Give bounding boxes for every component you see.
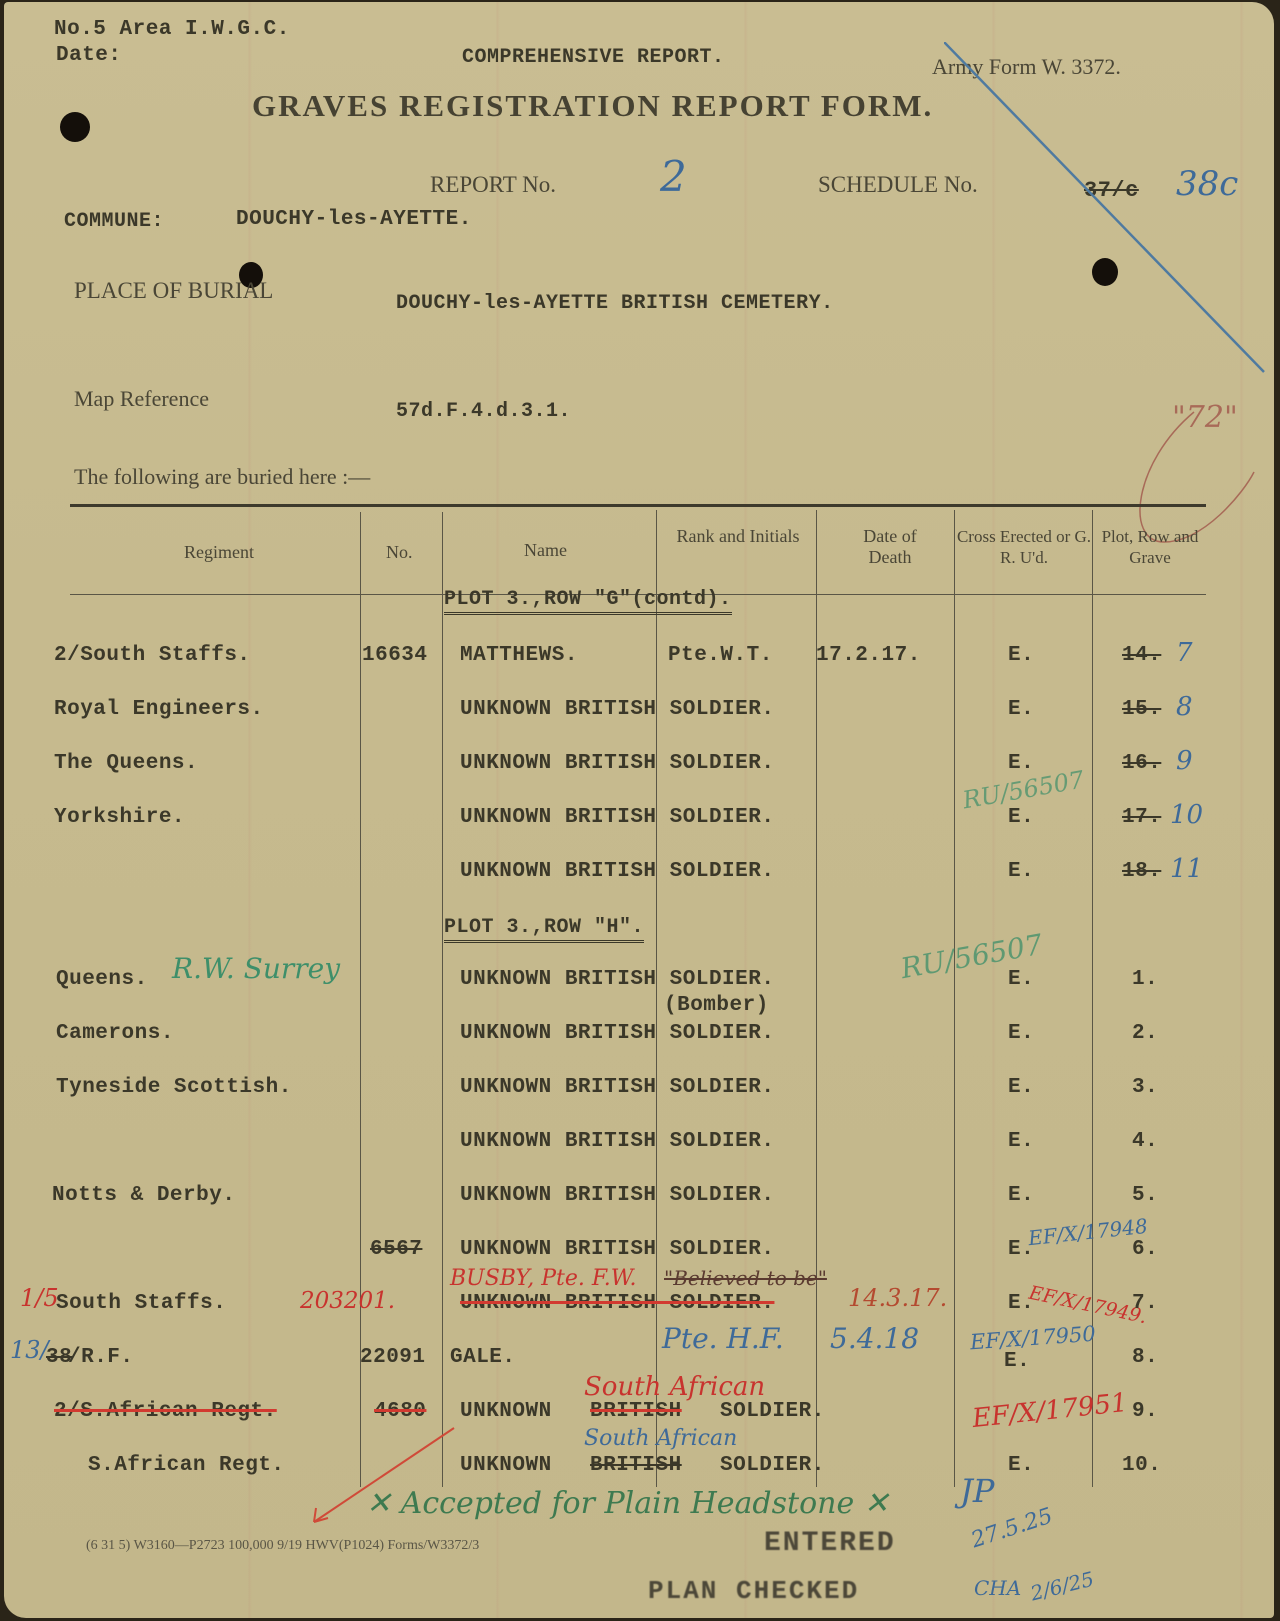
cell-cross-note: EF/X/17948: [1027, 1214, 1149, 1250]
cell-no: 16634: [362, 644, 428, 667]
report-no-label: REPORT No.: [430, 172, 556, 198]
cell-grave-new: 7: [1176, 638, 1193, 668]
cell-date-hand: 5.4.18: [830, 1322, 919, 1355]
cell-name: UNKNOWN BRITISH SOLDIER.: [460, 968, 774, 991]
col-divider: [656, 510, 657, 1487]
cell-name-part: SOLDIER.: [720, 1400, 825, 1423]
checker-initials: CHA: [974, 1576, 1021, 1600]
cell-name-part: UNKNOWN: [460, 1400, 552, 1423]
cell-grave-new: 8: [1176, 692, 1193, 722]
cell-name: UNKNOWN BRITISH SOLDIER.: [460, 752, 774, 775]
commune-label: COMMUNE:: [64, 210, 164, 233]
cell-regiment: 2/South Staffs.: [54, 644, 251, 667]
cell-rank-hand: Pte. H.F.: [662, 1322, 784, 1355]
table-top-rule: [70, 504, 1206, 507]
cell-name-hand: BUSBY, Pte. F.W.: [450, 1266, 636, 1291]
col-header-cross: Cross Erected or G. R. U'd.: [956, 526, 1092, 568]
col-header-regiment: Regiment: [184, 542, 254, 563]
cell-cross: E.: [1008, 806, 1034, 829]
diagonal-pencil-line: [944, 42, 1274, 382]
cell-name: UNKNOWN BRITISH SOLDIER.: [460, 860, 774, 883]
cell-name: UNKNOWN BRITISH SOLDIER.: [460, 698, 774, 721]
col-header-rank: Rank and Initials: [660, 526, 816, 547]
check-date: 2/6/25: [1028, 1567, 1096, 1606]
col-divider: [442, 512, 443, 1487]
cell-name: UNKNOWN BRITISH SOLDIER.: [460, 1022, 774, 1045]
cell-cross: E.: [1008, 860, 1034, 883]
cell-regiment: The Queens.: [54, 752, 198, 775]
map-value: 57d.F.4.d.3.1.: [396, 400, 571, 423]
cell-grave: 1.: [1132, 968, 1158, 991]
cell-name: GALE.: [450, 1346, 516, 1369]
cell-name: MATTHEWS.: [460, 644, 578, 667]
cell-name-struck: BRITISH: [590, 1400, 682, 1423]
cell-regiment: Camerons.: [56, 1022, 174, 1045]
cell-date-hand: 14.3.17.: [848, 1284, 947, 1312]
cell-name-part: SOLDIER.: [720, 1454, 825, 1477]
page-title: GRAVES REGISTRATION REPORT FORM.: [252, 88, 933, 124]
cell-cross: E.: [1008, 968, 1034, 991]
cell-regiment: South Staffs.: [56, 1292, 226, 1315]
cell-regiment: S.African Regt.: [88, 1454, 285, 1477]
cell-grave: 3.: [1132, 1076, 1158, 1099]
cell-name: UNKNOWN BRITISH SOLDIER.: [460, 806, 774, 829]
cell-regiment: Royal Engineers.: [54, 698, 264, 721]
cell-grave-struck: 14.: [1122, 644, 1161, 667]
area-label: No.5 Area I.W.G.C.: [54, 18, 290, 41]
cell-grave: 4.: [1132, 1130, 1158, 1153]
section-heading-row-h: PLOT 3.,ROW "H".: [444, 916, 644, 943]
col-divider: [954, 510, 955, 1487]
cell-grave-new: 11: [1170, 854, 1203, 884]
cell-no-struck: 4680: [374, 1400, 426, 1423]
cell-grave-new: 10: [1170, 800, 1203, 830]
plan-checked-stamp: PLAN CHECKED: [648, 1576, 859, 1606]
cell-regiment: Notts & Derby.: [52, 1184, 235, 1207]
cell-cross: E.: [1008, 1454, 1034, 1477]
cell-cross-note: EF/X/17951: [971, 1388, 1129, 1434]
cell-regiment: Tyneside Scottish.: [56, 1076, 292, 1099]
cell-name-over-hand: South African: [584, 1372, 765, 1402]
cell-grave: 8.: [1132, 1346, 1158, 1369]
cell-grave: 6.: [1132, 1238, 1158, 1261]
cell-name: UNKNOWN BRITISH SOLDIER.: [460, 1076, 774, 1099]
cell-regiment: Queens.: [56, 968, 148, 991]
report-no-value: 2: [660, 152, 687, 201]
cell-regiment-prefix: 13/: [10, 1336, 49, 1364]
cell-name-struck: UNKNOWN BRITISH SOLDIER.: [460, 1292, 774, 1315]
cell-no: 22091: [360, 1346, 426, 1369]
col-divider: [360, 512, 361, 1487]
section-heading-row-g: PLOT 3.,ROW "G"(contd).: [444, 588, 732, 615]
punch-hole: [60, 112, 90, 142]
cell-name: UNKNOWN BRITISH SOLDIER.: [460, 1238, 774, 1261]
cell-cross: E.: [1008, 1076, 1034, 1099]
map-label: Map Reference: [74, 386, 209, 412]
col-header-name: Name: [524, 540, 567, 561]
cell-grave: 2.: [1132, 1022, 1158, 1045]
cell-no-hand: 203201.: [300, 1288, 395, 1314]
cell-name: UNKNOWN BRITISH SOLDIER.: [460, 1184, 774, 1207]
cell-cross: E.: [1008, 698, 1034, 721]
report-type: COMPREHENSIVE REPORT.: [462, 46, 725, 69]
cell-grave: 7.: [1132, 1292, 1158, 1315]
cell-name-sub: (Bomber): [664, 994, 769, 1017]
cell-grave: 10.: [1122, 1454, 1161, 1477]
buried-label: The following are buried here :—: [74, 464, 370, 490]
col-header-date: Date of Death: [850, 526, 930, 568]
cell-grave-struck: 15.: [1122, 698, 1161, 721]
cell-cross: E.: [1004, 1350, 1030, 1373]
entered-stamp: ENTERED: [764, 1528, 896, 1559]
cell-grave-struck: 18.: [1122, 860, 1161, 883]
cell-regiment-prefix: 1/5: [20, 1284, 59, 1312]
cell-rank: Pte.W.T.: [668, 644, 773, 667]
cell-regiment-note: R.W. Surrey: [172, 952, 340, 985]
cell-name-over-hand: South African: [584, 1426, 737, 1451]
cell-grave-struck: 16.: [1122, 752, 1161, 775]
accepted-note: ✕ Accepted for Plain Headstone ✕: [366, 1486, 889, 1521]
cell-cross: E.: [1008, 1130, 1034, 1153]
cell-cross: E.: [1008, 644, 1034, 667]
cell-cross: E.: [1008, 1184, 1034, 1207]
cell-cross-note: EF/X/17950: [969, 1322, 1096, 1355]
cell-regiment-struck: 2/S.African Regt.: [54, 1400, 277, 1423]
cell-date: 17.2.17.: [816, 644, 921, 667]
cell-no-struck: 6567: [370, 1238, 422, 1261]
col-header-grave: Plot, Row and Grave: [1098, 526, 1202, 568]
report-form: No.5 Area I.W.G.C. Date: COMPREHENSIVE R…: [4, 2, 1274, 1618]
commune-value: DOUCHY-les-AYETTE.: [236, 208, 472, 231]
cell-grave-struck: 17.: [1122, 806, 1161, 829]
cell-grave: 9.: [1132, 1400, 1158, 1423]
cell-name-part: UNKNOWN: [460, 1454, 552, 1477]
cell-regiment: Yorkshire.: [54, 806, 185, 829]
place-value: DOUCHY-les-AYETTE BRITISH CEMETERY.: [396, 292, 834, 315]
cell-regiment: /R.F.: [68, 1346, 134, 1369]
cell-cross: E.: [1008, 752, 1034, 775]
print-code: (6 31 5) W3160—P2723 100,000 9/19 HWV(P1…: [86, 1538, 479, 1554]
place-label: PLACE OF BURIAL: [74, 278, 273, 304]
cell-name-struck: BRITISH: [590, 1454, 682, 1477]
initials-signature: JP: [960, 1472, 994, 1510]
signature-date: 27.5.25: [968, 1504, 1056, 1554]
cell-grave: 5.: [1132, 1184, 1158, 1207]
cell-cross: E.: [1008, 1022, 1034, 1045]
cell-grave-new: 9: [1176, 746, 1193, 776]
cell-name-struck-hand: "Believed to be": [664, 1266, 827, 1290]
date-label: Date:: [56, 44, 122, 67]
col-header-no: No.: [386, 542, 413, 563]
cell-name: UNKNOWN BRITISH SOLDIER.: [460, 1130, 774, 1153]
